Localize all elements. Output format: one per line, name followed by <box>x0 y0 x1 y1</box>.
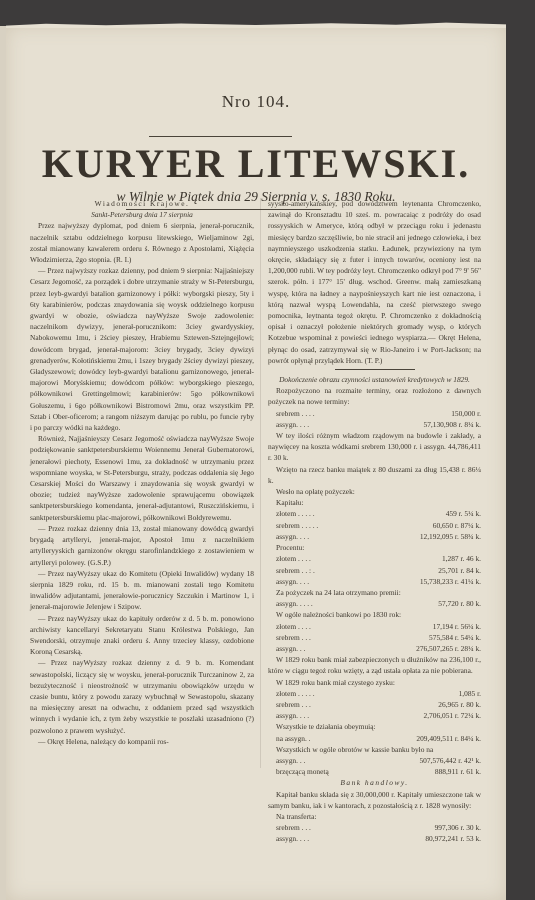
report-lines: Rozpożyczono na rozmaite terminy, oraz r… <box>268 385 481 844</box>
figure-row: złotem . . . .17,194 r. 56¼ k. <box>268 621 481 632</box>
figure-label: srebrem . . . . . <box>276 520 318 531</box>
left-paragraphs: Przez najwyższy dyplomat, pod dniem 6 si… <box>30 220 254 747</box>
report-heading: Dokończenie obrazu czynności ustanowień … <box>268 374 481 385</box>
paragraph: Na transferta: <box>268 811 481 822</box>
figure-label: na assygn. . <box>276 733 311 744</box>
figure-value: 997,306 r. 30 k. <box>435 822 481 833</box>
paragraph: Wzięto na rzecz banku maiątek z 80 dusza… <box>268 464 481 486</box>
figure-row: assygn. . . .12,192,095 r. 58¾ k. <box>268 531 481 542</box>
figure-value: 459 r. 5¼ k. <box>446 508 481 519</box>
figure-value: 17,194 r. 56¼ k. <box>433 621 481 632</box>
figure-label: assygn. . . <box>276 755 305 766</box>
figure-value: 209,409,511 r. 84¼ k. <box>416 733 481 744</box>
subheading: Bank handlowy. <box>268 777 481 788</box>
paragraph: W 1829 roku bank miał zabezpieczonych u … <box>268 654 481 676</box>
paragraph: Wszystkie te działania obeymuią: <box>268 721 481 732</box>
figure-value: 12,192,095 r. 58¾ k. <box>420 531 481 542</box>
figure-row: assygn. . . .15,738,233 r. 41¼ k. <box>268 576 481 587</box>
figure-row: srebrem . . .26,965 r. 80 k. <box>268 699 481 710</box>
newspaper-title: KURYER LITEWSKI. <box>6 140 506 187</box>
figure-row: assygn. . . . .57,720 r. 80 k. <box>268 598 481 609</box>
figure-row: assygn. . . .2,706,051 r. 72¼ k. <box>268 710 481 721</box>
figure-label: srebrem . . . <box>276 822 311 833</box>
paragraph: Procentu: <box>268 542 481 553</box>
paragraph: Rozpożyczono na rozmaite terminy, oraz r… <box>268 385 481 407</box>
paragraph: Kapitał banku składa się z 30,000,000 r.… <box>268 789 481 811</box>
paragraph: Kapitału: <box>268 497 481 508</box>
paragraph: Za pożyczek na 24 lata otrzymano premii: <box>268 587 481 598</box>
figure-label: srebrem . . . . <box>276 408 315 419</box>
figure-row: srebrem . . . . .60,650 r. 87¼ k. <box>268 520 481 531</box>
figure-value: 60,650 r. 87¼ k. <box>433 520 481 531</box>
figure-label: srebrem . . . <box>276 632 311 643</box>
figure-value: 1,085 r. <box>459 688 481 699</box>
paragraph: W ogóle należności bankowi po 1830 rok: <box>268 609 481 620</box>
figure-value: 26,965 r. 80 k. <box>438 699 481 710</box>
figure-value: 575,584 r. 54¼ k. <box>429 632 481 643</box>
right-column: syysko-amerykańskiey, pod dowództwem ley… <box>268 198 481 845</box>
figure-row: na assygn. .209,409,511 r. 84¼ k. <box>268 733 481 744</box>
paragraph: Przez najwyższy dyplomat, pod dniem 6 si… <box>30 220 254 265</box>
figure-row: złotem . . . . .459 r. 5¼ k. <box>268 508 481 519</box>
figure-row: assygn. . . .80,972,241 r. 53 k. <box>268 833 481 844</box>
figure-row: srebrem . . : .25,701 r. 84 k. <box>268 565 481 576</box>
figure-value: 150,000 r. <box>451 408 481 419</box>
figure-label: złotem . . . . . <box>276 688 315 699</box>
figure-row: assygn. . .276,507,265 r. 28¼ k. <box>268 643 481 654</box>
figure-row: srebrem . . .997,306 r. 30 k. <box>268 822 481 833</box>
paragraph: W tey ilości różnym władzom rządowym na … <box>268 430 481 464</box>
place-date: Sankt-Petersburg dnia 17 sierpnia <box>30 209 254 220</box>
issue-number: Nro 104. <box>6 92 506 112</box>
paragraph: — Przez nayWyższy ukaz do Komitetu (Opie… <box>30 568 254 613</box>
figure-row: assygn. . . .57,130,908 r. 8¼ k. <box>268 419 481 430</box>
article-divider <box>335 369 415 370</box>
paragraph: — Przez rozkaz dzienny dnia 13, został m… <box>30 523 254 568</box>
figure-label: złotem . . . . <box>276 553 311 564</box>
paragraph: — Przez najwyższy rozkaz dzienny, pod dn… <box>30 265 254 433</box>
figure-row: brzęczącą monetą888,911 r. 61 k. <box>268 766 481 777</box>
paragraph: — Przez nayWyższy ukaz do kapituły order… <box>30 613 254 658</box>
figure-label: srebrem . . : . <box>276 565 315 576</box>
figure-value: 507,576,442 r. 42¹ k. <box>419 755 481 766</box>
figure-value: 25,701 r. 84 k. <box>438 565 481 576</box>
figure-row: srebrem . . .575,584 r. 54¼ k. <box>268 632 481 643</box>
column-gutter <box>260 198 261 768</box>
figure-row: assygn. . .507,576,442 r. 42¹ k. <box>268 755 481 766</box>
figure-row: srebrem . . . .150,000 r. <box>268 408 481 419</box>
figure-label: assygn. . . <box>276 643 305 654</box>
figure-label: assygn. . . . <box>276 576 309 587</box>
figure-label: assygn. . . . <box>276 531 309 542</box>
paragraph: W 1829 roku bank miał czystego zysku: <box>268 677 481 688</box>
left-column: Wiadomości Krajowe. Sankt-Petersburg dni… <box>30 198 254 747</box>
figure-value: 888,911 r. 61 k. <box>435 766 481 777</box>
figure-label: srebrem . . . <box>276 699 311 710</box>
figure-value: 57,720 r. 80 k. <box>438 598 481 609</box>
figure-value: 2,706,051 r. 72¼ k. <box>424 710 481 721</box>
figure-value: 1,287 r. 46 k. <box>442 553 481 564</box>
figure-label: assygn. . . . . <box>276 598 313 609</box>
figure-value: 15,738,233 r. 41¼ k. <box>420 576 481 587</box>
continued-article: syysko-amerykańskiey, pod dowództwem ley… <box>268 198 481 366</box>
paragraph: — Okręt Helena, należący do kompanii ros… <box>30 736 254 747</box>
paragraph: Wszystkich w ogóle obrotów w kassie bank… <box>268 744 481 755</box>
figure-value: 276,507,265 r. 28¼ k. <box>416 643 481 654</box>
paragraph: Wesło na opłatę pożyczek: <box>268 486 481 497</box>
figure-row: złotem . . . . .1,085 r. <box>268 688 481 699</box>
figure-label: złotem . . . . . <box>276 508 315 519</box>
figure-label: assygn. . . . <box>276 710 309 721</box>
figure-value: 80,972,241 r. 53 k. <box>425 833 481 844</box>
figure-row: złotem . . . .1,287 r. 46 k. <box>268 553 481 564</box>
figure-label: złotem . . . . <box>276 621 311 632</box>
figure-value: 57,130,908 r. 8¼ k. <box>424 419 481 430</box>
paragraph: Również, Najjaśnieyszy Cesarz Jegomość o… <box>30 433 254 523</box>
masthead-rule-top <box>149 136 292 137</box>
figure-label: assygn. . . . <box>276 419 309 430</box>
figure-label: assygn. . . . <box>276 833 309 844</box>
section-heading: Wiadomości Krajowe. <box>30 198 254 209</box>
paragraph: — Przez nayWyższy rozkaz dzienny z d. 9 … <box>30 657 254 735</box>
figure-label: brzęczącą monetą <box>276 766 329 777</box>
